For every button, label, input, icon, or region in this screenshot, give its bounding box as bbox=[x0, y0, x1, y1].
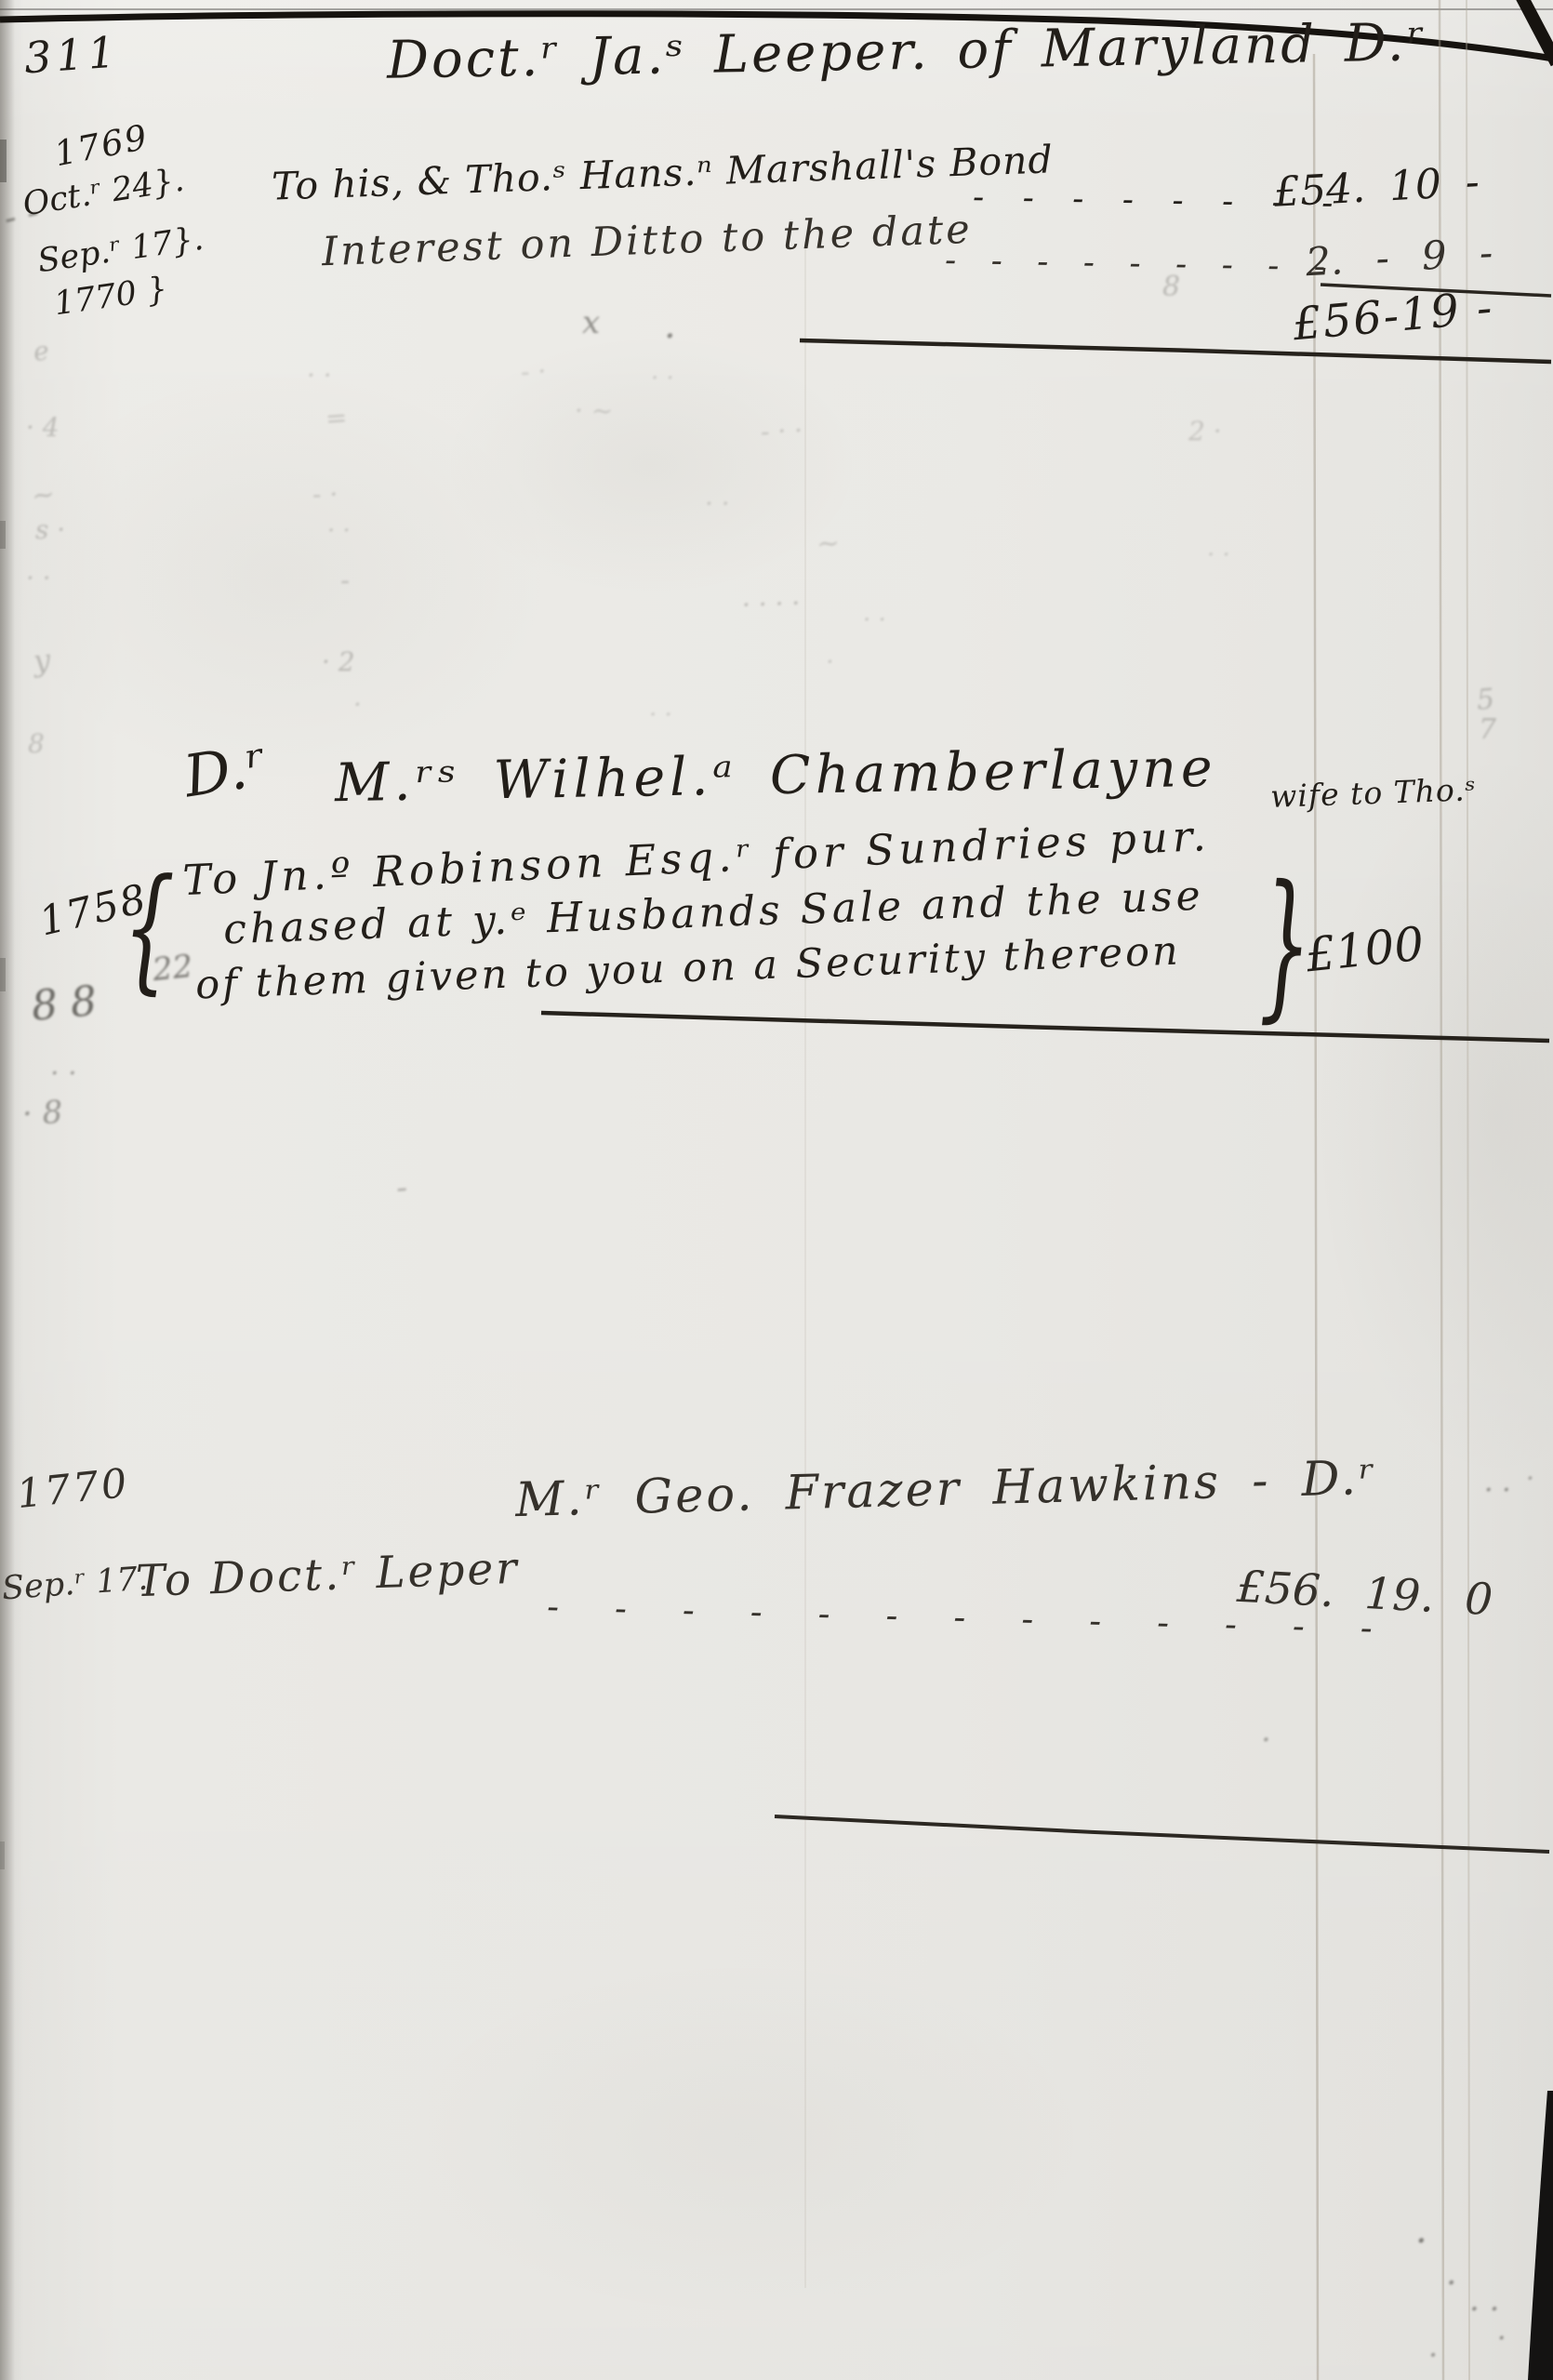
ink-bleedthrough-mark: · bbox=[353, 692, 362, 718]
column-rule-4 bbox=[1467, 0, 1469, 2380]
ink-bleedthrough-mark: x bbox=[582, 307, 600, 339]
ink-bleedthrough-mark: · · bbox=[327, 519, 351, 543]
date-year-1770: 1770 bbox=[15, 1464, 131, 1515]
entry-leader: - - - - - - - - - bbox=[945, 244, 1338, 284]
ink-bleedthrough-mark: · 4 bbox=[26, 415, 60, 441]
ink-bleedthrough-mark: = bbox=[325, 405, 348, 432]
page-number: 311 bbox=[23, 30, 122, 79]
ink-bleedthrough-mark: - · · bbox=[761, 418, 803, 445]
ink-bleedthrough-mark: · · bbox=[307, 363, 332, 389]
ink-bleedthrough-mark: · · bbox=[651, 366, 674, 391]
ink-bleedthrough-mark: · · · · bbox=[742, 591, 801, 618]
ink-bleedthrough-mark: ~ bbox=[30, 480, 57, 511]
total-rule-leeper bbox=[800, 340, 1551, 362]
ink-bleedthrough-mark: s · bbox=[35, 517, 65, 543]
page-edge-bottom-right bbox=[1528, 2091, 1553, 2380]
ink-bleedthrough-mark: - · bbox=[521, 359, 547, 386]
entry-amount: £56. 19. 0 bbox=[1236, 1565, 1493, 1622]
ledger-ruling-and-edges bbox=[0, 0, 1553, 2380]
right-brace: } bbox=[1259, 865, 1311, 1025]
ink-bleedthrough-mark: · · bbox=[649, 703, 672, 727]
left-brace: { bbox=[122, 859, 176, 998]
ink-bleedthrough-mark: 8 8 bbox=[30, 981, 99, 1028]
heading-annotation: wife to Tho.ˢ bbox=[1269, 774, 1477, 812]
ink-bleedthrough-mark: · ~ bbox=[575, 398, 613, 424]
ink-bleedthrough-mark: · · bbox=[50, 1060, 77, 1088]
entry-description: To Doct.ʳ Leper bbox=[135, 1547, 520, 1603]
ink-bleedthrough-mark: · 2 bbox=[322, 649, 355, 675]
ink-bleedthrough-mark: · · bbox=[1484, 1477, 1511, 1505]
ink-bleedthrough-mark: · · bbox=[1469, 2294, 1499, 2325]
ink-bleedthrough-mark: · · bbox=[26, 565, 51, 592]
ink-bleedthrough-mark: · 8 bbox=[21, 1097, 63, 1130]
debtor-abbreviation: D.ʳ bbox=[180, 736, 271, 805]
ink-bleedthrough-mark: e bbox=[33, 338, 50, 366]
closing-rule-hawkins bbox=[775, 1816, 1549, 1852]
ink-bleedthrough-mark: - · bbox=[312, 482, 338, 508]
ledger-page-scan: - -e· 4~s ·· ·y8· ·=- ·· ·-· 2·x·- ·· ~·… bbox=[0, 0, 1553, 2380]
entry-amount: £54. 10 - bbox=[1273, 162, 1480, 213]
ink-bleedthrough-mark: ~ bbox=[816, 529, 841, 559]
ink-bleedthrough-mark: - bbox=[340, 567, 350, 595]
ink-bleedthrough-mark: · bbox=[826, 649, 834, 675]
ink-bleedthrough-mark: · · bbox=[863, 608, 886, 632]
ink-bleedthrough-mark: · · bbox=[1207, 543, 1230, 567]
ink-bleedthrough-mark: 8 bbox=[28, 731, 45, 757]
ink-bleedthrough-mark: · bbox=[1526, 1466, 1534, 1492]
page-edge-left bbox=[0, 0, 15, 2380]
column-rule-2 bbox=[1314, 54, 1318, 2380]
ink-bleedthrough-mark: · bbox=[1415, 2223, 1427, 2260]
ink-bleedthrough-mark: · bbox=[1261, 1724, 1271, 1756]
ink-bleedthrough-mark: 5 bbox=[1476, 685, 1496, 715]
entry-amount: £100 bbox=[1304, 920, 1427, 978]
ink-bleedthrough-mark: · bbox=[1446, 2267, 1456, 2301]
ink-bleedthrough-mark: · bbox=[1497, 2325, 1507, 2353]
ink-bleedthrough-mark: y bbox=[32, 645, 51, 676]
ink-bleedthrough-mark: · · bbox=[705, 491, 730, 517]
ink-bleedthrough-mark: · bbox=[664, 318, 676, 355]
account-heading-chamberlayne: M.ʳˢ Wilhel.ᵃ Chamberlayne bbox=[335, 742, 1217, 811]
ink-bleedthrough-mark: · bbox=[1428, 2340, 1438, 2370]
closing-rule-chamberlayne bbox=[541, 1013, 1549, 1041]
entry-amount: 2. - 9 - bbox=[1305, 233, 1493, 282]
ink-bleedthrough-mark: 2 · bbox=[1188, 419, 1222, 445]
ink-bleedthrough-mark: 7 bbox=[1479, 716, 1496, 744]
